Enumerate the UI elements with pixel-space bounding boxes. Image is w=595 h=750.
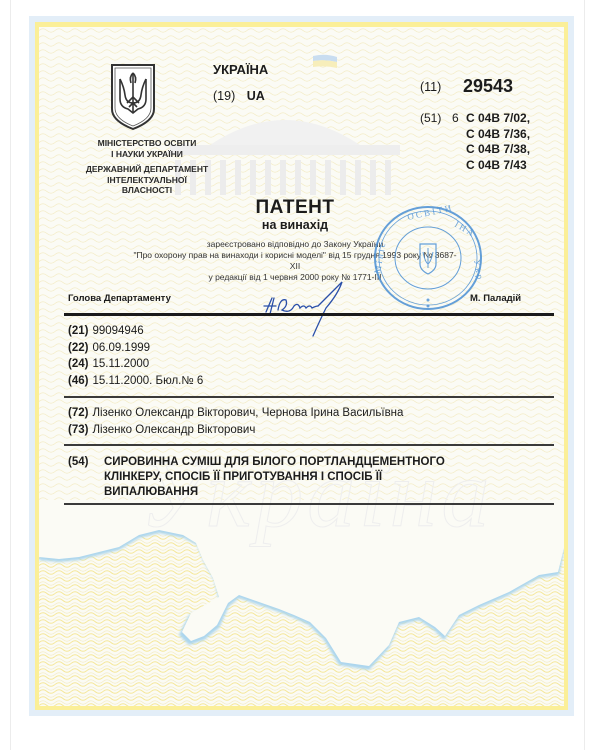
signatory-title: Голова Департаменту [68, 293, 171, 304]
page-edge-left [10, 0, 11, 750]
signatory-name: М. Паладій [470, 293, 521, 304]
ipc-class: C 04B 7/38, [466, 142, 530, 158]
ipc-class: C 04B 7/43 [466, 158, 530, 174]
ipc-edition: 6 [452, 111, 466, 127]
trident-coat-of-arms-icon [110, 63, 156, 131]
persons-data: (72)Лізенко Олександр Вікторович, Чернов… [68, 405, 403, 438]
svg-text:І Н А: І Н А [453, 219, 476, 238]
country-code: UA [247, 89, 265, 103]
department-line-1: ДЕРЖАВНИЙ ДЕПАРТАМЕНТ [62, 164, 232, 175]
owner-row: (73)Лізенко Олександр Вікторович [68, 422, 403, 439]
patent-number: 29543 [463, 76, 513, 97]
inid-code: (73) [68, 424, 88, 436]
divider [64, 396, 554, 398]
biblio-row-24: (24)15.11.2000 [68, 356, 203, 373]
ukraine-flag-icon [312, 54, 338, 70]
invention-title-block: (54) СИРОВИННА СУМІШ ДЛЯ БІЛОГО ПОРТЛАНД… [68, 455, 488, 500]
handwritten-signature-icon [258, 280, 358, 338]
official-seal-icon: О С В І Т И І Н А М і н і с У к р [372, 204, 484, 312]
ministry-line-1: МІНІСТЕРСТВО ОСВІТИ [62, 138, 232, 149]
publication-date: 15.11.2000. Бюл.№ 6 [92, 375, 203, 387]
inid-19-label: (19) [213, 89, 235, 103]
invention-title-line: ВИПАЛЮВАННЯ [104, 485, 488, 500]
department-line-3: ВЛАСНОСТІ [62, 185, 232, 196]
svg-text:О С В І Т И: О С В І Т И [406, 204, 452, 222]
ministry-line-2: І НАУКИ УКРАЇНИ [62, 149, 232, 160]
ipc-class: C 04B 7/02, [466, 111, 530, 127]
filing-date: 06.09.1999 [92, 342, 150, 354]
divider [64, 444, 554, 446]
department-line-2: ІНТЕЛЕКТУАЛЬНОЇ [62, 175, 232, 186]
application-number: 99094946 [92, 325, 143, 337]
inventors: Лізенко Олександр Вікторович, Чернова Ір… [92, 407, 403, 419]
country-code-field: (19) UA [213, 89, 265, 103]
biblio-row-21: (21)99094946 [68, 323, 203, 340]
divider [64, 503, 554, 505]
page-edge-right [584, 0, 585, 750]
document-subtitle: на винахід [200, 218, 390, 232]
inid-11-label: (11) [420, 80, 441, 94]
inid-51-label: (51) [420, 111, 452, 127]
inid-code: (72) [68, 407, 88, 419]
inid-code: (24) [68, 358, 88, 370]
svg-text:У к р: У к р [472, 259, 484, 281]
invention-title: СИРОВИННА СУМІШ ДЛЯ БІЛОГО ПОРТЛАНДЦЕМЕН… [104, 455, 488, 500]
invention-title-line: КЛІНКЕРУ, СПОСІБ ЇЇ ПРИГОТУВАННЯ І СПОСІ… [104, 470, 488, 485]
divider [64, 313, 554, 316]
bibliographic-data: (21)99094946 (22)06.09.1999 (24)15.11.20… [68, 323, 203, 389]
invention-title-line: СИРОВИННА СУМІШ ДЛЯ БІЛОГО ПОРТЛАНДЦЕМЕН… [104, 455, 488, 470]
issuing-authority: МІНІСТЕРСТВО ОСВІТИ І НАУКИ УКРАЇНИ ДЕРЖ… [62, 138, 232, 196]
inventors-row: (72)Лізенко Олександр Вікторович, Чернов… [68, 405, 403, 422]
patent-owner: Лізенко Олександр Вікторович [92, 424, 255, 436]
country-name: УКРАЇНА [213, 62, 268, 77]
effective-date: 15.11.2000 [92, 358, 149, 370]
biblio-row-46: (46)15.11.2000. Бюл.№ 6 [68, 373, 203, 390]
ipc-class-list: C 04B 7/02, C 04B 7/36, C 04B 7/38, C 04… [466, 111, 530, 173]
document-title: ПАТЕНТ [200, 197, 390, 219]
biblio-row-22: (22)06.09.1999 [68, 340, 203, 357]
inid-code: (46) [68, 375, 88, 387]
inid-54-label: (54) [68, 455, 88, 470]
svg-text:М і н і с: М і н і с [372, 242, 387, 274]
inid-code: (21) [68, 325, 88, 337]
inid-code: (22) [68, 342, 88, 354]
ipc-classification: (51)6 C 04B 7/02, C 04B 7/36, C 04B 7/38… [420, 111, 466, 127]
ipc-class: C 04B 7/36, [466, 127, 530, 143]
